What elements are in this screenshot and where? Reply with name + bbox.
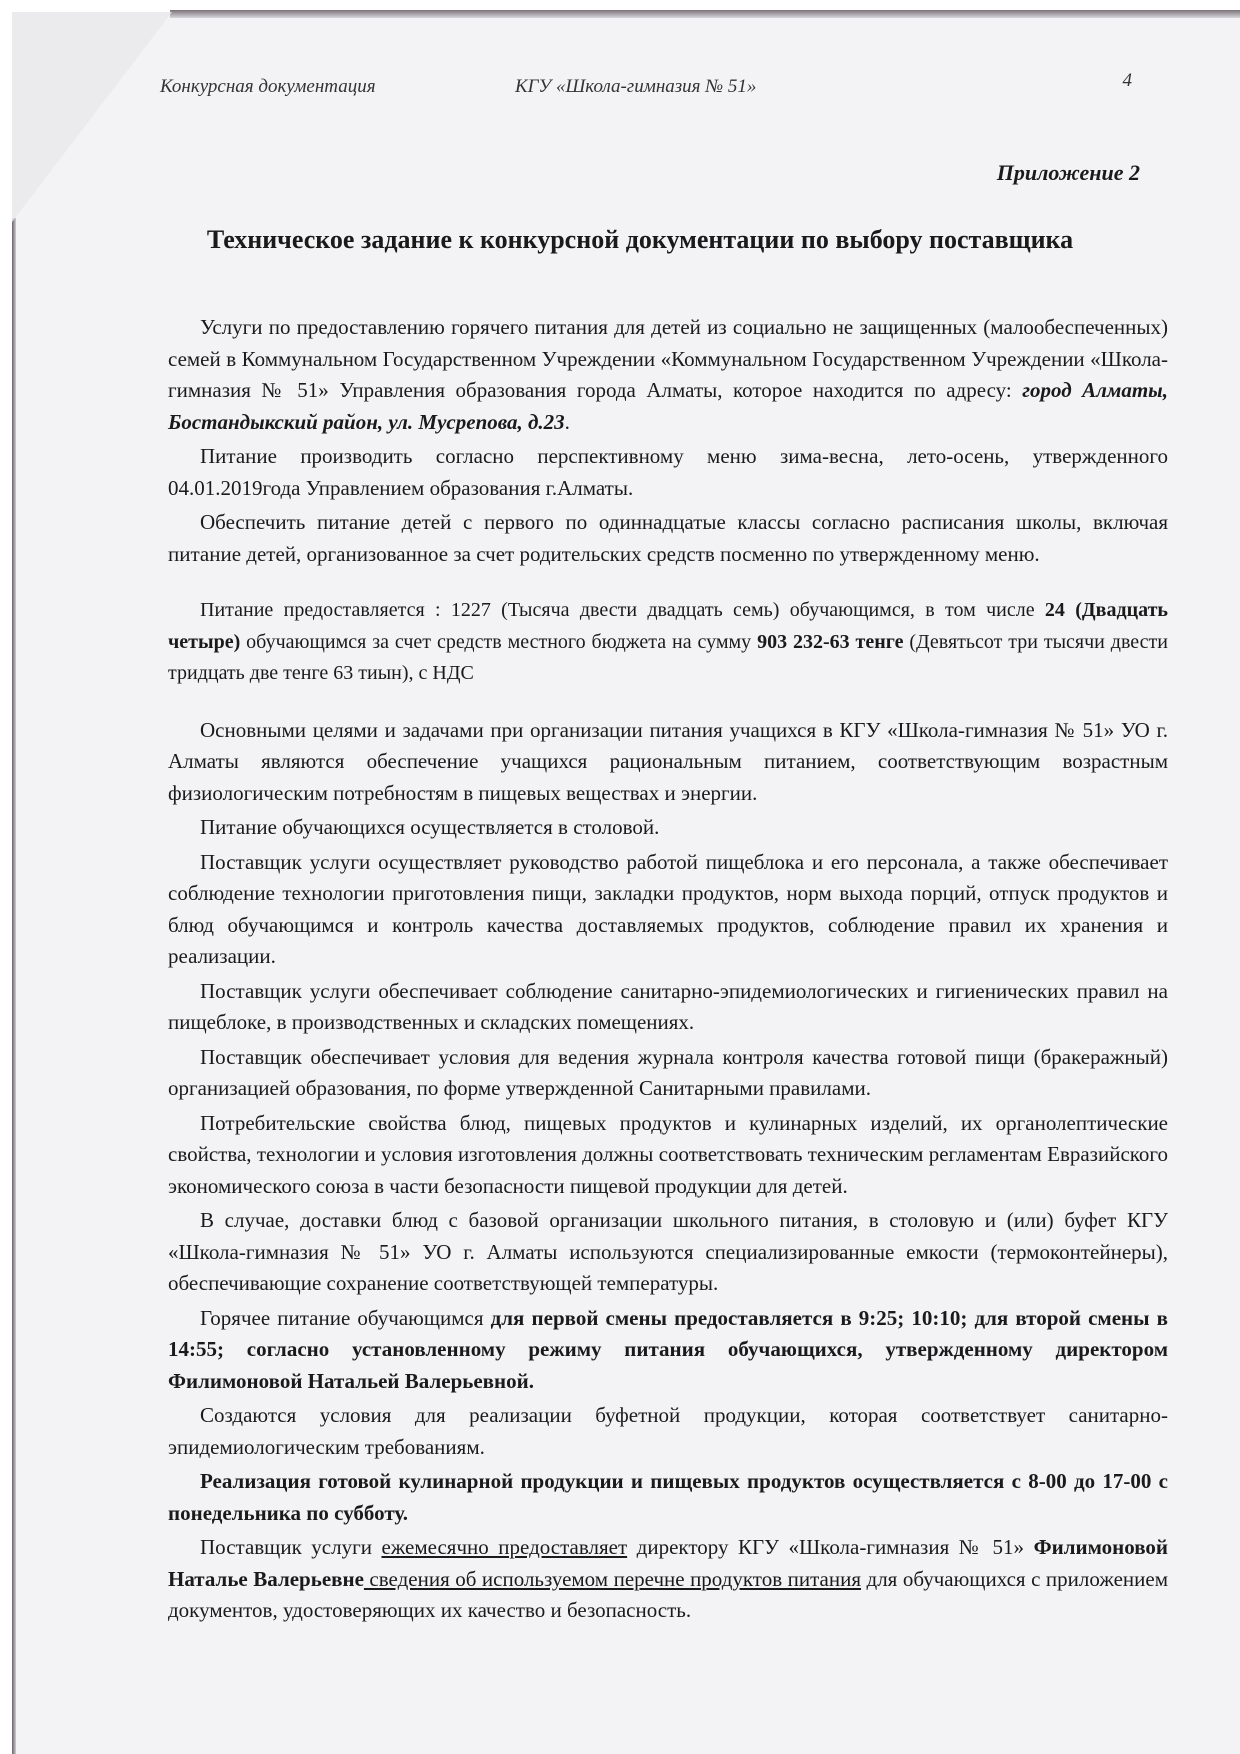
document-page: Конкурсная документация КГУ «Школа-гимна…: [0, 0, 1240, 1754]
appendix-label: Приложение 2: [997, 160, 1140, 186]
paragraph-canteen: Питание обучающихся осуществляется в сто…: [168, 812, 1168, 844]
paragraph-text: Питание предоставляется : 1227 (Тысяча д…: [200, 599, 1045, 621]
spacer: [168, 573, 1168, 595]
paragraph-schedule: Обеспечить питание детей с первого по од…: [168, 507, 1168, 570]
document-body: Услуги по предоставлению горячего питани…: [168, 312, 1168, 1630]
paragraph-beneficiaries: Питание предоставляется : 1227 (Тысяча д…: [168, 595, 1168, 690]
underlined-text: сведения об используемом перечне продукт…: [364, 1567, 861, 1591]
budget-amount: 903 232-63 тенге: [757, 631, 903, 653]
paragraph-goals: Основными целями и задачами при организа…: [168, 715, 1168, 810]
header-organization: КГУ «Школа-гимназия № 51»: [515, 76, 756, 98]
paragraph-text: директору КГУ «Школа-гимназия № 51»: [627, 1535, 1033, 1559]
paragraph-working-hours: Реализация готовой кулинарной продукции …: [168, 1466, 1168, 1529]
paragraph-text: Поставщик услуги: [200, 1535, 381, 1559]
paragraph-consumer-properties: Потребительские свойства блюд, пищевых п…: [168, 1108, 1168, 1203]
spacer: [168, 693, 1168, 715]
paragraph-text: Услуги по предоставлению горячего питани…: [168, 315, 1168, 402]
paragraph-quality-log: Поставщик обеспечивает условия для веден…: [168, 1042, 1168, 1105]
header-doc-type: Конкурсная документация: [160, 76, 376, 98]
page-number: 4: [1123, 70, 1133, 92]
paragraph-delivery: В случае, доставки блюд с базовой органи…: [168, 1205, 1168, 1300]
document-title: Техническое задание к конкурсной докумен…: [200, 222, 1080, 258]
paragraph-text: .: [565, 410, 570, 434]
paragraph-buffet: Создаются условия для реализации буфетно…: [168, 1400, 1168, 1463]
paragraph-service-description: Услуги по предоставлению горячего питани…: [168, 312, 1168, 438]
paragraph-meal-times: Горячее питание обучающимся для первой с…: [168, 1303, 1168, 1398]
paragraph-menu: Питание производить согласно перспективн…: [168, 441, 1168, 504]
paragraph-monthly-report: Поставщик услуги ежемесячно предоставляе…: [168, 1532, 1168, 1627]
paragraph-text: Горячее питание обучающимся: [200, 1306, 491, 1330]
paragraph-supplier-management: Поставщик услуги осуществляет руководств…: [168, 847, 1168, 973]
running-header: Конкурсная документация КГУ «Школа-гимна…: [160, 76, 1160, 106]
paragraph-text: обучающимся за счет средств местного бюд…: [240, 631, 757, 653]
paragraph-sanitary: Поставщик услуги обеспечивает соблюдение…: [168, 976, 1168, 1039]
underlined-text: ежемесячно предоставляет: [381, 1535, 627, 1559]
